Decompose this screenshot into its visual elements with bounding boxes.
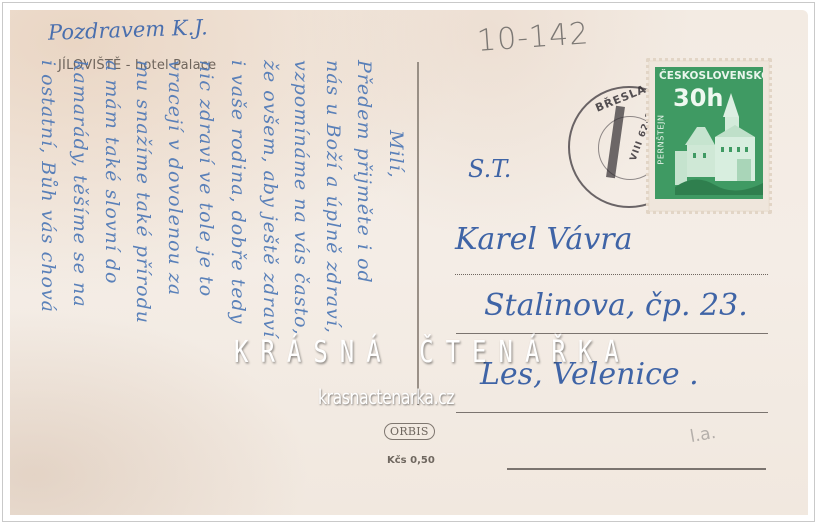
stamp-face: ČESKOSLOVENSKO 30h PERNŠTEJN [655, 67, 763, 199]
postage-stamp: ČESKOSLOVENSKO 30h PERNŠTEJN [650, 62, 768, 210]
address-line-3 [456, 412, 768, 413]
stamp-country: ČESKOSLOVENSKO [659, 70, 763, 82]
printed-price: Kčs 0,50 [387, 455, 435, 466]
message-line: vracejí v dovolenou za [164, 60, 186, 296]
address-line-4 [507, 468, 766, 470]
recipient-name: Karel Vávra [455, 222, 633, 257]
message-line: nic zdraví ve tole je to [195, 60, 217, 297]
message-line: i ostatní, Bůh vás chová [37, 60, 59, 313]
message-line: kamarády, těšíme se na [69, 60, 91, 308]
message-line: Předem přijměte i od [353, 60, 375, 284]
message-line: že ovšem, aby ještě zdraví [259, 60, 281, 338]
castle-illustration-icon [675, 87, 763, 195]
message-line: nás u Boží a úplně zdraví, [322, 60, 344, 334]
stamp-place: PERNŠTEJN [657, 114, 666, 164]
recipient-street: Stalinova, čp. 23. [484, 288, 748, 323]
address-prefix: S.T. [468, 155, 511, 183]
message-line: i vaše rodina, dobře tedy [227, 60, 249, 325]
publisher-logo: ORBIS [384, 423, 435, 440]
handwritten-message: Milí,Předem přijměte i odnás u Boží a úp… [12, 60, 407, 510]
watermark-url: krasnactenarka.cz [318, 385, 454, 409]
address-line-1 [455, 274, 768, 275]
message-line: mu snažíme také přírodu [132, 60, 154, 324]
message-line: a mám také slovní do [101, 60, 123, 284]
watermark-title: KRÁSNÁ ČTENÁŘKA [234, 335, 631, 370]
message-line: vzpomínáme na vás často, [290, 60, 312, 336]
message-line: Milí, [385, 130, 407, 179]
